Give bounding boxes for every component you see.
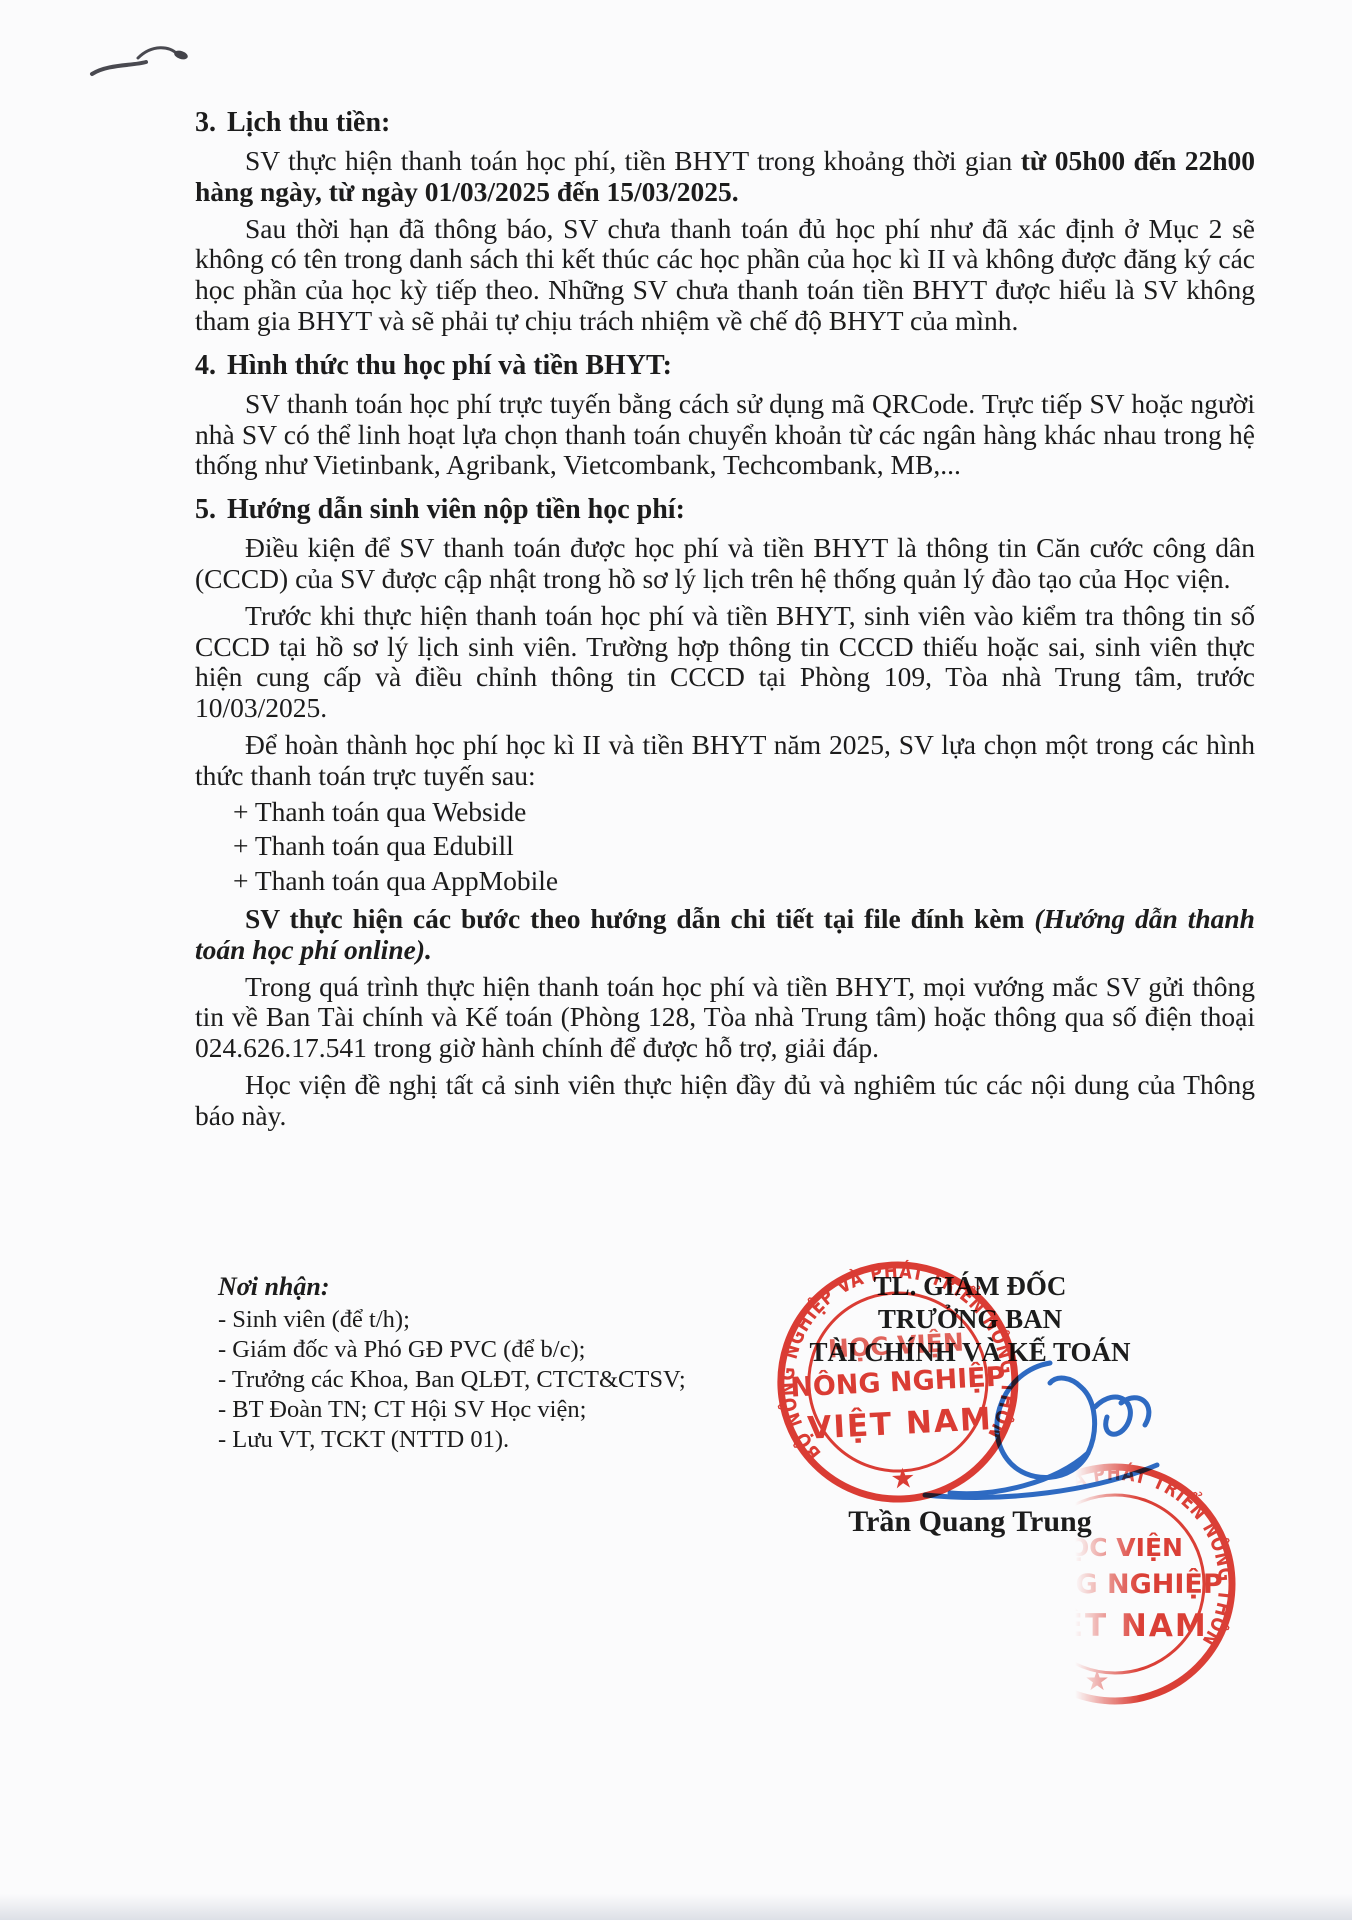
handwritten-signature — [895, 1345, 1175, 1505]
section-heading-4: 4. Hình thức thu học phí và tiền BHYT: — [195, 349, 1255, 383]
scanned-document-page: 3. Lịch thu tiền: SV thực hiện thanh toá… — [0, 0, 1352, 1920]
section-heading-3: 3. Lịch thu tiền: — [195, 106, 1255, 140]
recipients-label: Nơi nhận: — [218, 1272, 686, 1302]
section-number: 4. — [195, 349, 227, 383]
list-item: + Thanh toán qua Edubill — [195, 829, 1255, 864]
recipient-item: - Lưu VT, TCKT (NTTD 01). — [218, 1425, 686, 1455]
recipient-item: - Giám đốc và Phó GĐ PVC (để b/c); — [218, 1335, 686, 1365]
text-run: SV thực hiện thanh toán học phí, tiền BH… — [245, 145, 1021, 176]
paragraph-deadline-consequences: Sau thời hạn đã thông báo, SV chưa thanh… — [195, 214, 1255, 337]
paragraph-schedule: SV thực hiện thanh toán học phí, tiền BH… — [195, 146, 1255, 208]
section-title: Hình thức thu học phí và tiền BHYT: — [227, 349, 672, 383]
section-number: 3. — [195, 106, 227, 140]
document-body: 3. Lịch thu tiền: SV thực hiện thanh toá… — [195, 106, 1255, 1132]
paragraph-support-contact: Trong quá trình thực hiện thanh toán học… — [195, 972, 1255, 1064]
recipient-item: - Sinh viên (để t/h); — [218, 1305, 686, 1335]
ink-smudge-mark — [80, 30, 230, 90]
recipient-item: - Trưởng các Khoa, Ban QLĐT, CTCT&CTSV; — [218, 1365, 686, 1395]
paragraph-payment-methods: SV thanh toán học phí trực tuyến bằng cá… — [195, 389, 1255, 481]
paragraph-closing-request: Học viện đề nghị tất cả sinh viên thực h… — [195, 1070, 1255, 1132]
paragraph-cccd-check: Trước khi thực hiện thanh toán học phí v… — [195, 601, 1255, 724]
list-item: + Thanh toán qua Webside — [195, 795, 1255, 830]
section-heading-5: 5. Hướng dẫn sinh viên nộp tiền học phí: — [195, 493, 1255, 527]
paragraph-choose-method: Để hoàn thành học phí học kì II và tiền … — [195, 730, 1255, 792]
paragraph-cccd-condition: Điều kiện để SV thanh toán được học phí … — [195, 533, 1255, 595]
seal-star-icon: ★ — [1084, 1664, 1109, 1697]
section-title: Hướng dẫn sinh viên nộp tiền học phí: — [227, 493, 685, 527]
scan-edge-shadow — [0, 1894, 1352, 1920]
text-run-bold: SV thực hiện các bước theo hướng dẫn chi… — [245, 903, 1034, 934]
recipient-item: - BT Đoàn TN; CT Hội SV Học viện; — [218, 1395, 686, 1425]
seal-inner-line-1: HỌC VIỆN — [1047, 1532, 1183, 1562]
section-number: 5. — [195, 493, 227, 527]
list-item: + Thanh toán qua AppMobile — [195, 864, 1255, 899]
paragraph-attached-guide: SV thực hiện các bước theo hướng dẫn chi… — [195, 904, 1255, 966]
section-title: Lịch thu tiền: — [227, 106, 390, 140]
seal-inner-line-3: VIỆT NAM — [1022, 1607, 1207, 1644]
recipients-block: Nơi nhận: - Sinh viên (để t/h); - Giám đ… — [218, 1272, 686, 1455]
payment-options-list: + Thanh toán qua Webside + Thanh toán qu… — [195, 795, 1255, 899]
seal-inner-line-2: NÔNG NGHIỆP — [1007, 1568, 1222, 1600]
